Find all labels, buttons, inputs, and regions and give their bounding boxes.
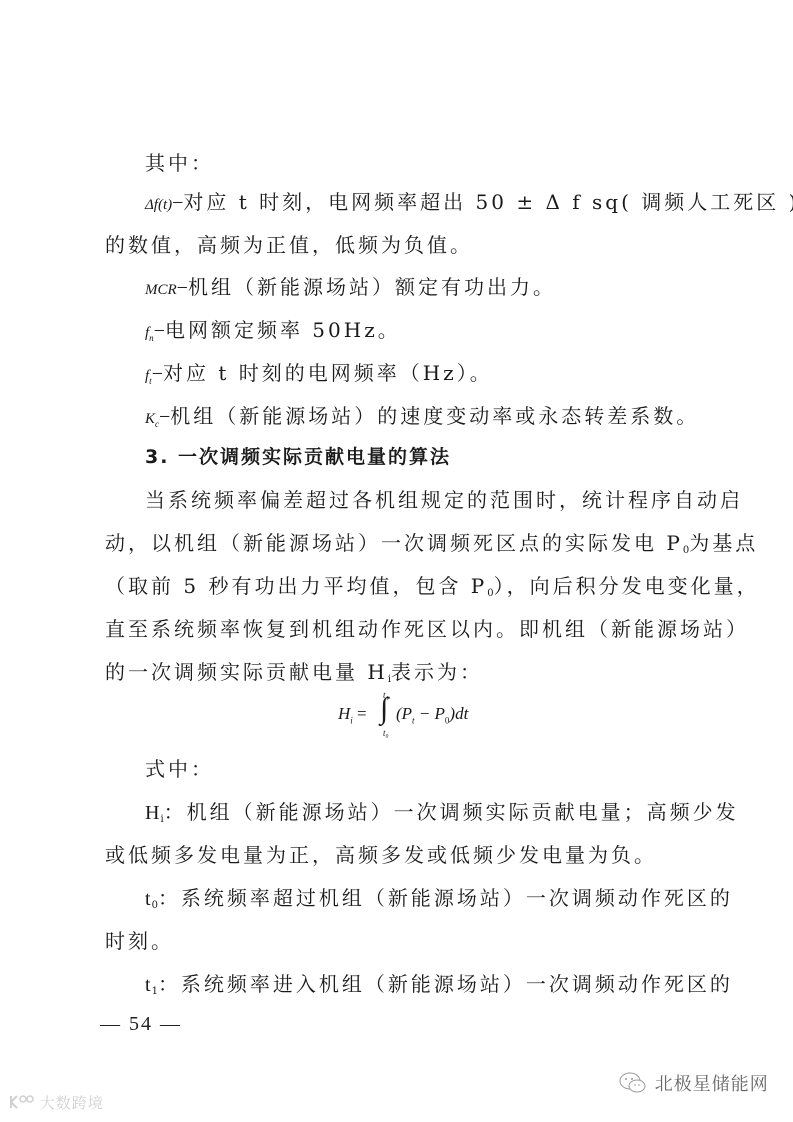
integral-sign: ∫ bbox=[380, 694, 388, 724]
intro-label: 其中： bbox=[145, 151, 214, 175]
explanation-continuation: 时刻。 bbox=[105, 929, 174, 953]
explanation-continuation: 或低频多发电量为正，高频多发或低频少发电量为负。 bbox=[105, 843, 657, 867]
definition-text: 对应 t 时刻，电网频率超出 50 ± Δ f sq( 调频人工死区 ) bbox=[183, 190, 793, 214]
explanation-t0: t0：系统频率超过机组（新能源场站）一次调频动作死区的 bbox=[145, 886, 733, 918]
lower-limit: t₀ bbox=[383, 728, 389, 738]
explanation-hi: Hi：机组（新能源场站）一次调频实际贡献电量；高频少发 bbox=[145, 800, 739, 832]
definition-mcr: MCR−机组（新能源场站）额定有功出力。 bbox=[145, 275, 556, 302]
integral-formula: Hi = t₁ ∫ t₀ (Pt − P0)dt bbox=[338, 690, 478, 740]
document-page: 其中： Δf(t)−对应 t 时刻，电网频率超出 50 ± Δ f sq( 调频… bbox=[0, 0, 793, 1122]
explanation-t1: t1：系统频率进入机组（新能源场站）一次调频动作死区的 bbox=[145, 972, 733, 1004]
definition-ft: ft−对应 t 时刻的电网频率（Hz）。 bbox=[145, 361, 493, 393]
page-number: — 54 — bbox=[100, 1013, 182, 1036]
definition-delta-f: Δf(t)−对应 t 时刻，电网频率超出 50 ± Δ f sq( 调频人工死区… bbox=[145, 190, 793, 217]
definition-kc: Kc−机组（新能源场站）的速度变动率或永态转差系数。 bbox=[145, 404, 699, 436]
paragraph-line: 当系统频率偏差超过各机组规定的范围时，统计程序自动启 bbox=[145, 488, 743, 512]
wechat-icon bbox=[618, 1070, 648, 1096]
watermark-right: 北极星储能网 bbox=[618, 1070, 769, 1096]
section-heading: 3. 一次调频实际贡献电量的算法 bbox=[145, 445, 451, 469]
paragraph-line: （取前 5 秒有功出力平均值，包含 P0），向后积分发电变化量， bbox=[105, 574, 760, 606]
paragraph-line: 动，以机组（新能源场站）一次调频死区点的实际发电 P0为基点 bbox=[105, 531, 758, 563]
where-label: 式中： bbox=[145, 757, 214, 781]
paragraph-line: 直至系统频率恢复到机组动作死区以内。即机组（新能源场站） bbox=[105, 617, 749, 641]
watermark-left: 大数跨境 bbox=[8, 1092, 104, 1113]
symbol: Δf(t) bbox=[145, 197, 172, 213]
paragraph-line: 的一次调频实际贡献电量 Hi表示为： bbox=[105, 660, 483, 692]
brand-logo-icon bbox=[8, 1094, 34, 1110]
definition-continuation: 的数值，高频为正值，低频为负值。 bbox=[105, 233, 473, 257]
definition-fn: fn−电网额定频率 50Hz。 bbox=[145, 318, 401, 350]
